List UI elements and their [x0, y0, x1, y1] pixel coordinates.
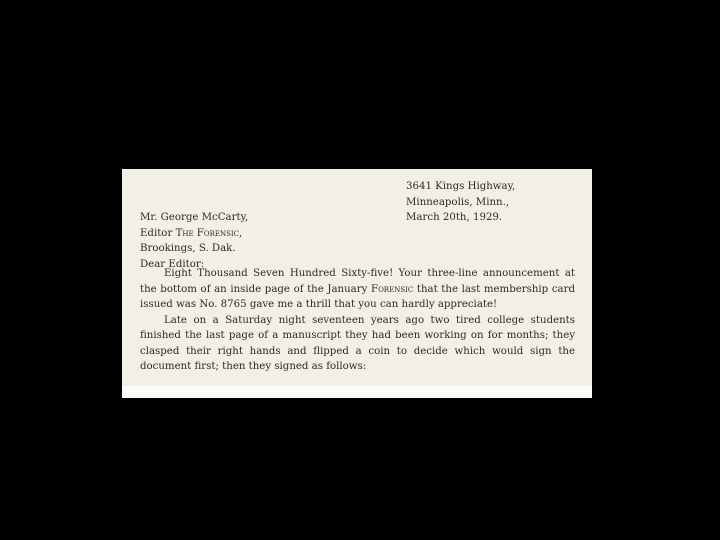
- sender-address: 3641 Kings Highway, Minneapolis, Minn., …: [406, 179, 515, 226]
- publication-name: The Forensic,: [176, 228, 243, 239]
- sender-city: Minneapolis, Minn.,: [406, 195, 515, 211]
- letter-page: 3641 Kings Highway, Minneapolis, Minn., …: [122, 169, 592, 398]
- letter-body: Eight Thousand Seven Hundred Sixty-five!…: [140, 266, 575, 375]
- recipient-name: Mr. George McCarty,: [140, 210, 248, 226]
- paragraph-1-publication: Forensic: [371, 284, 413, 295]
- recipient-title-prefix: Editor: [140, 228, 176, 239]
- paragraph-2: Late on a Saturday night seventeen years…: [140, 313, 575, 375]
- recipient-location: Brookings, S. Dak.: [140, 241, 248, 257]
- page-bottom-strip: [122, 386, 592, 398]
- sender-street: 3641 Kings Highway,: [406, 179, 515, 195]
- letter-date: March 20th, 1929.: [406, 210, 515, 226]
- paragraph-1: Eight Thousand Seven Hundred Sixty-five!…: [140, 266, 575, 313]
- recipient-block: Mr. George McCarty, Editor The Forensic,…: [140, 210, 248, 272]
- recipient-title: Editor The Forensic,: [140, 226, 248, 242]
